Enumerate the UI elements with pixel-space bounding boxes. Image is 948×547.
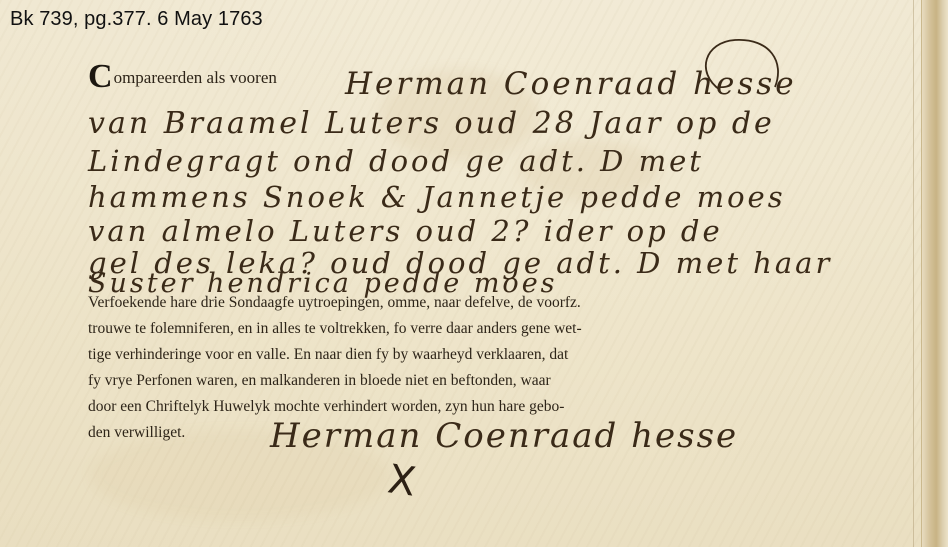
printed-line: fy vrye Perfonen waren, en malkanderen i… [88, 372, 551, 390]
printed-line: trouwe te folemniferen, en in alles te v… [88, 320, 582, 338]
printed-line: Verfoekende hare drie Sondaagfe uytroepi… [88, 294, 581, 312]
handwritten-line: van almelo Luters oud 2? ider op de [88, 214, 723, 248]
scanned-document-page: Bk 739, pg.377. 6 May 1763 Compareerden … [0, 0, 948, 547]
handwritten-line: van Braamel Luters oud 28 Jaar op de [88, 106, 775, 141]
book-gutter [921, 0, 948, 547]
printed-line: den verwilliget. [88, 424, 185, 442]
handwritten-line: hammens Snoek & Jannetje pedde moes [88, 180, 786, 214]
printed-line: tige verhinderinge voor en valle. En naa… [88, 346, 568, 364]
handwritten-line-groom-name: Herman Coenraad hesse [345, 66, 797, 102]
drop-cap: C [88, 58, 113, 95]
record-caption: Bk 739, pg.377. 6 May 1763 [10, 8, 263, 31]
bride-mark-x: X [385, 456, 419, 505]
printed-line: door een Chriftelyk Huwelyk mochte verhi… [88, 398, 564, 416]
handwritten-line: Lindegragt ond dood ge adt. D met [88, 144, 704, 178]
printed-lead-text: ompareerden als vooren [114, 68, 277, 87]
printed-lead-line: Compareerden als vooren [88, 58, 277, 96]
groom-signature: Herman Coenraad hesse [270, 416, 738, 456]
page-margin-line [913, 0, 914, 547]
